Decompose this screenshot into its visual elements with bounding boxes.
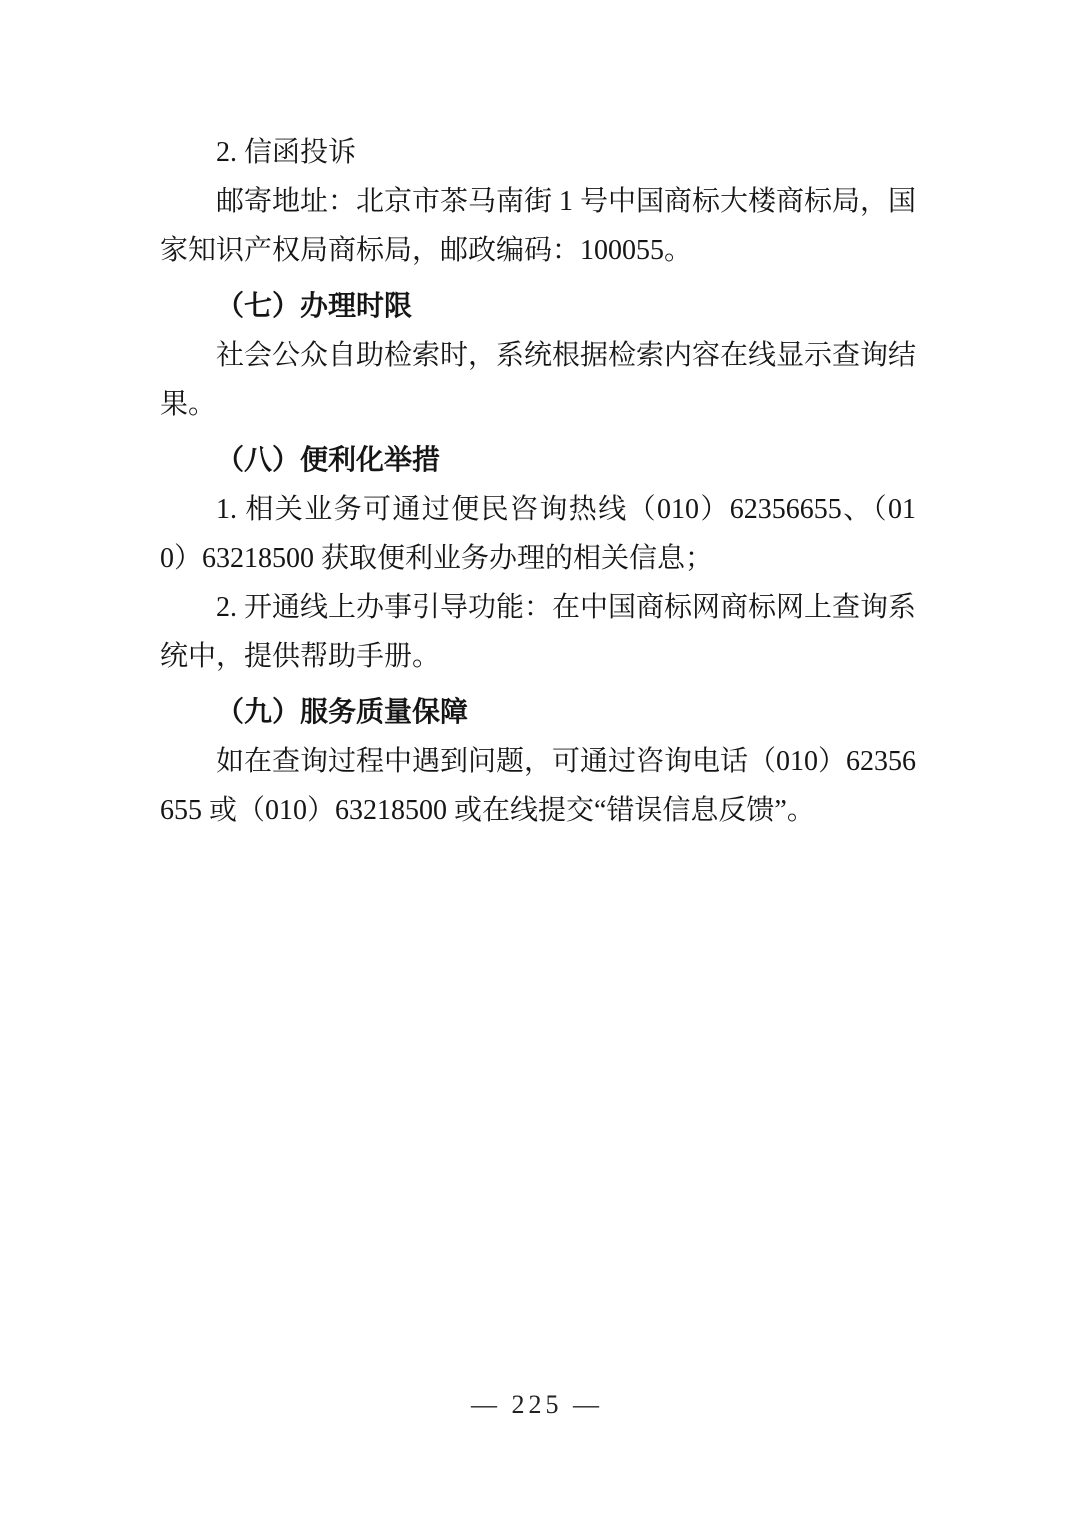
page-number: — 225 — [0, 1390, 1074, 1420]
section-heading-service-quality: （九）服务质量保障 [160, 688, 916, 737]
paragraph-online-guide: 2. 开通线上办事引导功能：在中国商标网商标网上查询系统中，提供帮助手册。 [160, 583, 916, 681]
paragraph-service-quality: 如在查询过程中遇到问题，可通过咨询电话（010）62356655 或（010）6… [160, 737, 916, 835]
paragraph-hotline: 1. 相关业务可通过便民咨询热线（010）62356655、（010）63218… [160, 485, 916, 583]
section-heading-processing-time: （七）办理时限 [160, 282, 916, 331]
paragraph-mailing-address: 邮寄地址：北京市茶马南街 1 号中国商标大楼商标局，国家知识产权局商标局，邮政编… [160, 177, 916, 275]
list-item: 2. 信函投诉 [160, 128, 916, 177]
section-heading-convenience-measures: （八）便利化举措 [160, 436, 916, 485]
document-page: 2. 信函投诉 邮寄地址：北京市茶马南街 1 号中国商标大楼商标局，国家知识产权… [0, 0, 1074, 1520]
document-body: 2. 信函投诉 邮寄地址：北京市茶马南街 1 号中国商标大楼商标局，国家知识产权… [160, 128, 916, 835]
paragraph-processing-time: 社会公众自助检索时，系统根据检索内容在线显示查询结果。 [160, 331, 916, 429]
